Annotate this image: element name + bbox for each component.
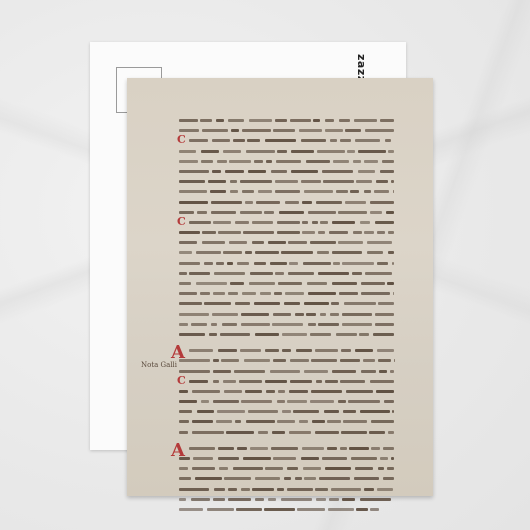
manuscript-line — [179, 320, 394, 329]
manuscript-line — [179, 147, 394, 156]
manuscript-line — [179, 428, 394, 437]
manuscript-line — [179, 387, 394, 396]
manuscript-line — [179, 167, 394, 176]
manuscript-line — [179, 474, 394, 483]
postcard-front-manuscript: CCACA Nota Galli — [127, 78, 433, 496]
manuscript-line — [179, 248, 394, 257]
manuscript-line — [179, 187, 394, 196]
manuscript-line — [179, 238, 394, 247]
rubric-initial: C — [177, 215, 186, 228]
manuscript-line — [179, 367, 394, 376]
manuscript-line — [179, 505, 394, 514]
manuscript-line — [179, 259, 394, 268]
manuscript-line — [179, 269, 394, 278]
manuscript-line: C — [179, 218, 394, 227]
manuscript-line — [179, 495, 394, 504]
manuscript-line: C — [179, 377, 394, 386]
manuscript-line — [179, 279, 394, 288]
manuscript-line — [179, 464, 394, 473]
manuscript-line: A — [179, 346, 394, 355]
manuscript-line — [179, 126, 394, 135]
manuscript-line — [179, 407, 394, 416]
manuscript-line — [179, 417, 394, 426]
manuscript-line — [179, 356, 394, 365]
manuscript-line — [179, 228, 394, 237]
manuscript-line — [179, 157, 394, 166]
manuscript-text: CCACA — [179, 116, 394, 515]
manuscript-line — [179, 289, 394, 298]
manuscript-line: C — [179, 136, 394, 145]
manuscript-line — [179, 198, 394, 207]
rubric-initial: C — [177, 133, 186, 146]
manuscript-line — [179, 116, 394, 125]
manuscript-line — [179, 310, 394, 319]
manuscript-line — [179, 485, 394, 494]
manuscript-line — [179, 299, 394, 308]
manuscript-line — [179, 330, 394, 339]
rubric-initial: C — [177, 374, 186, 387]
manuscript-line — [179, 454, 394, 463]
manuscript-line — [179, 208, 394, 217]
manuscript-line — [179, 177, 394, 186]
manuscript-line: A — [179, 444, 394, 453]
manuscript-line — [179, 397, 394, 406]
margin-note: Nota Galli — [141, 361, 177, 369]
